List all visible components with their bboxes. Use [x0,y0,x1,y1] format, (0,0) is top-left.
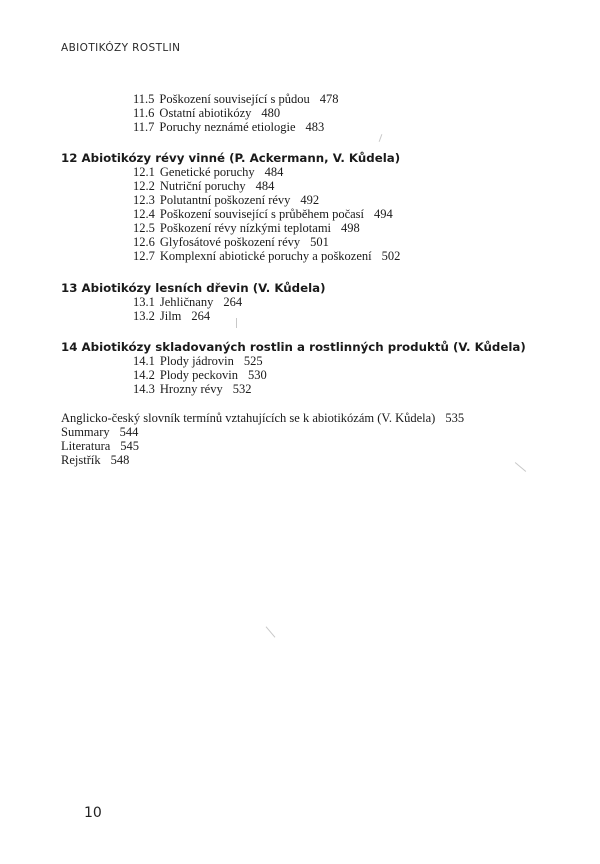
page-ref: 484 [256,179,275,193]
section-number: 12.4 [133,207,155,222]
section-title: Poruchy neznámé etiologie [159,120,295,134]
toc-entry[interactable]: 14.3Hrozny révy532 [133,382,251,397]
scan-speck [236,318,237,328]
page-ref: 492 [300,193,319,207]
entry-title: Rejstřík [61,453,101,467]
toc-entry[interactable]: 12.5Poškození révy nízkými teplotami498 [133,221,360,236]
section-title: Plody peckovin [160,368,238,382]
page-ref: 480 [261,106,280,120]
section-title: Jehličnany [160,295,213,309]
page-ref: 544 [120,425,139,439]
section-title: Komplexní abiotické poruchy a poškození [160,249,372,263]
page-ref: 545 [120,439,139,453]
section-title: Ostatní abiotikózy [159,106,251,120]
page-ref: 532 [233,382,252,396]
page-ref: 494 [374,207,393,221]
section-number: 14.2 [133,368,155,383]
section-title: Nutriční poruchy [160,179,246,193]
section-number: 12.1 [133,165,155,180]
section-number: 12.7 [133,249,155,264]
toc-entry[interactable]: 13.1Jehličnany264 [133,295,242,310]
section-title: Genetické poruchy [160,165,255,179]
page-ref: 501 [310,235,329,249]
section-number: 11.6 [133,106,154,121]
section-title: Poškození révy nízkými teplotami [160,221,331,235]
scan-speck [379,134,383,142]
page-ref: 264 [191,309,210,323]
toc-entry[interactable]: 12.3Polutantní poškození révy492 [133,193,319,208]
toc-entry[interactable]: 12.7Komplexní abiotické poruchy a poškoz… [133,249,400,264]
page-ref: 502 [382,249,401,263]
page-ref: 484 [265,165,284,179]
page-ref: 483 [306,120,325,134]
toc-entry[interactable]: 12.6Glyfosátové poškození révy501 [133,235,329,250]
section-number: 14.3 [133,382,155,397]
section-number: 13.1 [133,295,155,310]
toc-entry[interactable]: 11.7Poruchy neznámé etiologie483 [133,120,324,135]
running-head: ABIOTIKÓZY ROSTLIN [61,42,180,54]
section-number: 12.3 [133,193,155,208]
entry-title: Literatura [61,439,110,453]
toc-entry-back-matter[interactable]: Literatura545 [61,439,139,454]
toc-entry-back-matter[interactable]: Summary544 [61,425,138,440]
page-ref: 535 [445,411,464,425]
section-title: Polutantní poškození révy [160,193,291,207]
page-ref: 530 [248,368,267,382]
toc-entry[interactable]: 12.4Poškození související s průběhem poč… [133,207,393,222]
chapter-heading[interactable]: 13 Abiotikózy lesních dřevin (V. Kůdela) [61,281,326,296]
section-number: 12.6 [133,235,155,250]
section-title: Poškození související s průběhem počasí [160,207,364,221]
section-number: 12.5 [133,221,155,236]
section-number: 14.1 [133,354,155,369]
section-title: Plody jádrovin [160,354,234,368]
toc-entry[interactable]: 12.2Nutriční poruchy484 [133,179,274,194]
page-number: 10 [84,805,102,821]
toc-entry[interactable]: 14.1Plody jádrovin525 [133,354,263,369]
section-number: 13.2 [133,309,155,324]
section-number: 12.2 [133,179,155,194]
toc-entry-back-matter[interactable]: Rejstřík548 [61,453,129,468]
toc-entry-back-matter[interactable]: Anglicko-český slovník termínů vztahujíc… [61,411,464,426]
scan-speck [515,462,526,472]
toc-entry[interactable]: 12.1Genetické poruchy484 [133,165,283,180]
toc-entry[interactable]: 13.2Jilm264 [133,309,210,324]
entry-title: Anglicko-český slovník termínů vztahujíc… [61,411,435,425]
chapter-heading[interactable]: 12 Abiotikózy révy vinné (P. Ackermann, … [61,151,400,166]
section-number: 11.7 [133,120,154,135]
section-number: 11.5 [133,92,154,107]
page-ref: 498 [341,221,360,235]
scan-speck [266,626,276,637]
toc-entry[interactable]: 11.6Ostatní abiotikózy480 [133,106,280,121]
section-title: Jilm [160,309,182,323]
chapter-heading[interactable]: 14 Abiotikózy skladovaných rostlin a ros… [61,340,526,355]
page-ref: 478 [320,92,339,106]
section-title: Glyfosátové poškození révy [160,235,300,249]
section-title: Hrozny révy [160,382,223,396]
entry-title: Summary [61,425,110,439]
toc-entry[interactable]: 14.2Plody peckovin530 [133,368,267,383]
page-ref: 264 [223,295,242,309]
toc-entry[interactable]: 11.5Poškození související s půdou478 [133,92,339,107]
section-title: Poškození související s půdou [159,92,309,106]
page-ref: 548 [111,453,130,467]
page-ref: 525 [244,354,263,368]
